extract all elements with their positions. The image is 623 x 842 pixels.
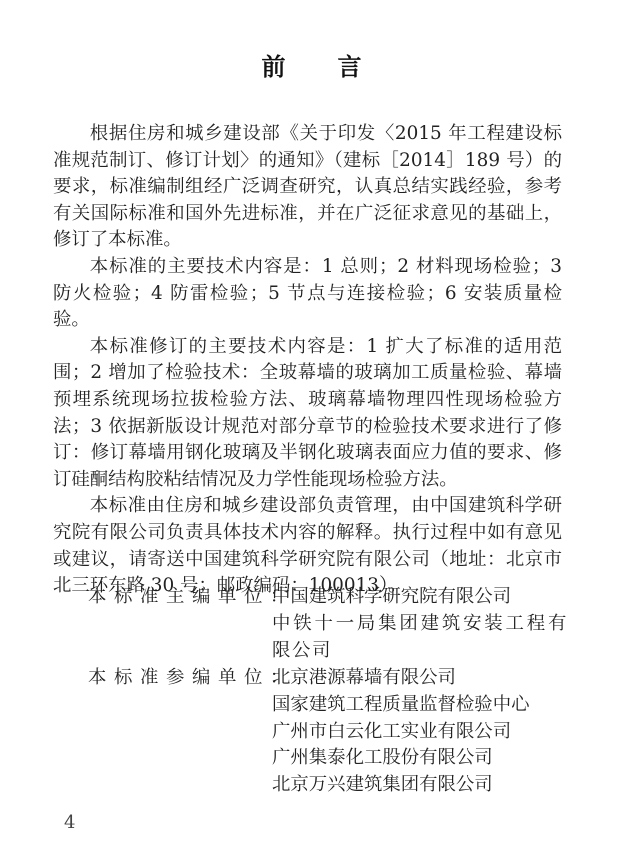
paragraph-main-content: 本标准的主要技术内容是：1 总则；2 材料现场检验；3 防火检验；4 防雷检验；… [53,254,562,334]
participating-list: 北京港源幕墙有限公司 国家建筑工程质量监督检验中心 广州市白云化工实业有限公司 … [272,665,568,800]
page-title: 前言 [0,52,623,82]
unit-name: 中国建筑科学研究院有限公司 [272,584,568,611]
page-number: 4 [64,812,75,833]
participating-units: 本标准参编单位： 北京港源幕墙有限公司 国家建筑工程质量监督检验中心 广州市白云… [88,665,568,800]
participating-label: 本标准参编单位： [88,665,272,692]
unit-name: 北京万兴建筑集团有限公司 [272,772,568,799]
unit-name: 北京港源幕墙有限公司 [272,665,568,692]
paragraph-background: 根据住房和城乡建设部《关于印发〈2015 年工程建设标准规范制订、修订计划〉的通… [53,121,562,254]
unit-name: 广州集泰化工股份有限公司 [272,745,568,772]
chief-editor-units: 本标准主编单位： 中国建筑科学研究院有限公司 中铁十一局集团建筑安装工程有限公司 [88,584,568,665]
paragraph-revision-content: 本标准修订的主要技术内容是：1 扩大了标准的适用范围；2 增加了检验技术：全玻幕… [53,334,562,494]
chief-editor-list: 中国建筑科学研究院有限公司 中铁十一局集团建筑安装工程有限公司 [272,584,568,665]
unit-name: 中铁十一局集团建筑安装工程有限公司 [272,611,568,665]
preface-body: 根据住房和城乡建设部《关于印发〈2015 年工程建设标准规范制订、修订计划〉的通… [53,121,562,600]
unit-name: 广州市白云化工实业有限公司 [272,719,568,746]
editing-units: 本标准主编单位： 中国建筑科学研究院有限公司 中铁十一局集团建筑安装工程有限公司… [88,584,568,799]
chief-editor-label: 本标准主编单位： [88,584,272,611]
unit-name: 国家建筑工程质量监督检验中心 [272,692,568,719]
document-page: 前言 根据住房和城乡建设部《关于印发〈2015 年工程建设标准规范制订、修订计划… [0,0,623,842]
